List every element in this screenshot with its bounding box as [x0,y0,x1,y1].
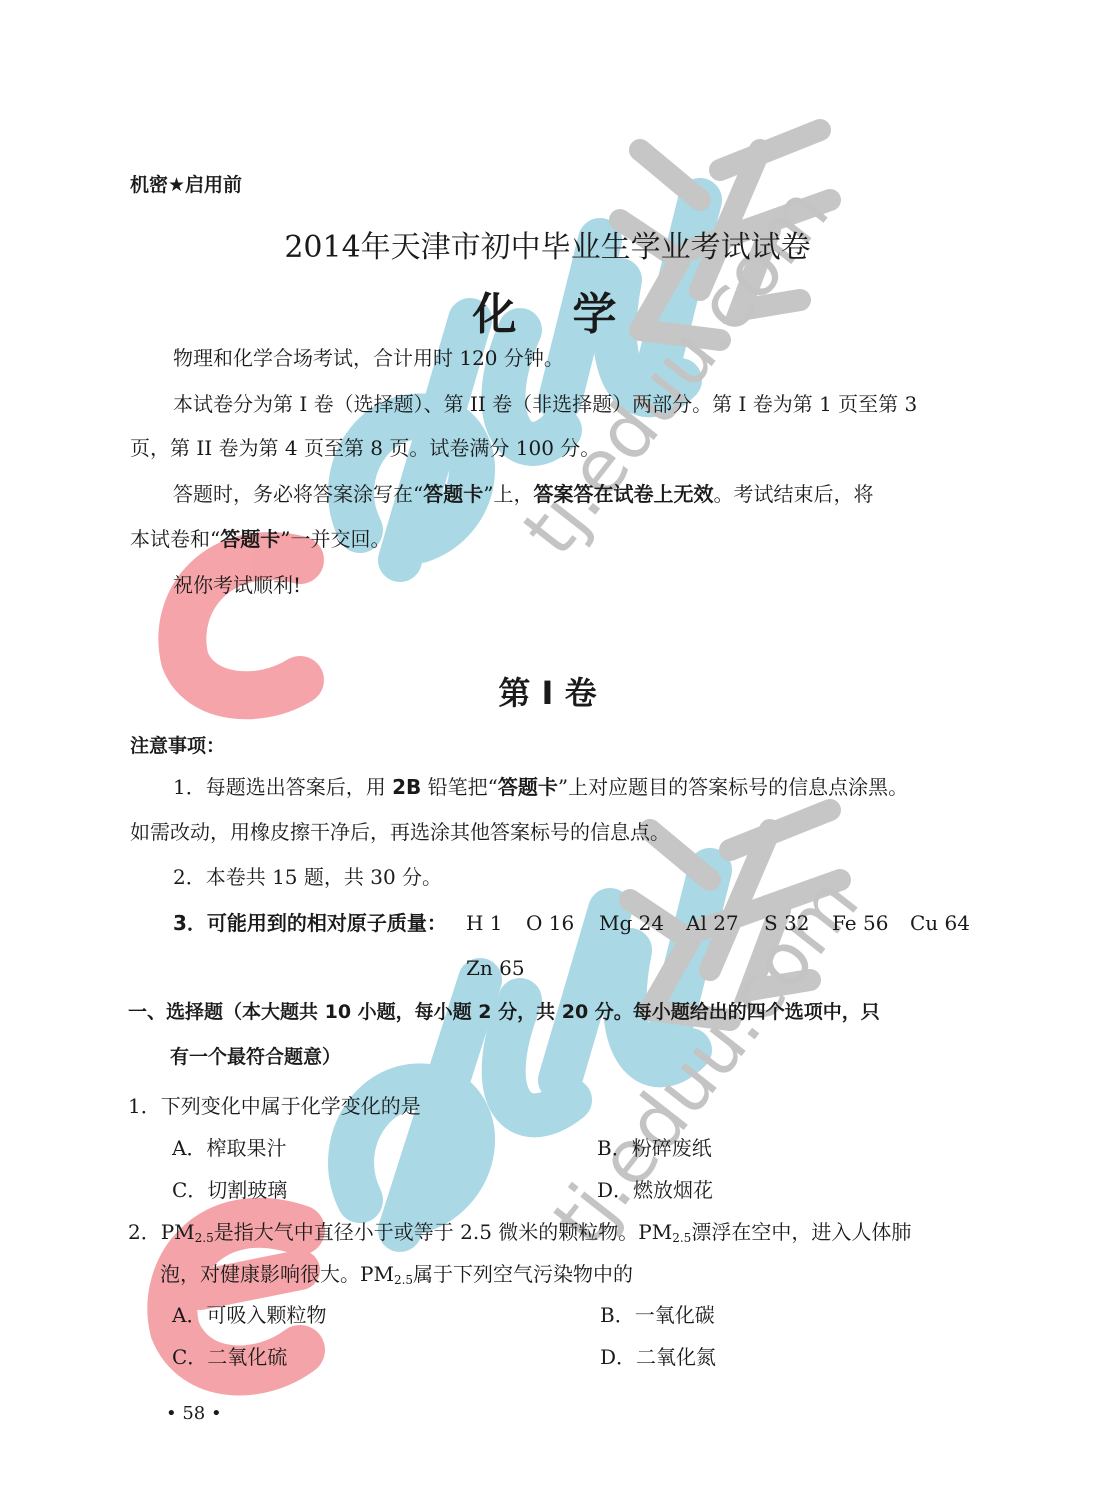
text: 。考试结束后，将 [713,482,873,506]
text: 本试卷和“ [130,527,220,551]
atomic-mass-zn: Zn 65 [466,958,525,978]
question-1-option-a: A．榨取果汁 [172,1138,286,1158]
note-2: 2．本卷共 15 题，共 30 分。 [173,867,442,887]
question-2-option-c: C．二氧化硫 [172,1347,287,1367]
subscript: 2.5 [672,1231,691,1245]
atomic-mass-o: O 16 [526,913,574,933]
text: ”一并交回。 [280,527,390,551]
subscript: 2.5 [394,1273,413,1287]
question-2-stem-a: 2．PM2.5是指大气中直径小于或等于 2.5 微米的颗粒物。PM2.5漂浮在空… [128,1222,911,1244]
atomic-mass-h: H 1 [466,913,503,933]
text: 漂浮在空中，进入人体肺 [691,1220,911,1244]
question-2-stem-b: 泡，对健康影响很大。PM2.5属于下列空气污染物中的 [160,1264,633,1286]
note-1b: 如需改动，用橡皮擦干净后，再选涂其他答案标号的信息点。 [130,822,670,842]
part1-heading-a: 一、选择题（本大题共 10 小题，每小题 2 分，共 20 分。每小题给出的四个… [128,1003,880,1022]
text: 1．每题选出答案后，用 [173,775,392,799]
question-1-option-c: C．切割玻璃 [172,1180,287,1200]
text: 答题时，务必将答案涂写在“ [173,482,423,506]
intro-line-answer-b: 本试卷和“答题卡”一并交回。 [130,529,390,549]
page-number: • 58 • [166,1403,222,1424]
atomic-mass-fe: Fe 56 [832,913,888,933]
text: 泡，对健康影响很大。PM [160,1262,394,1286]
question-1-option-d: D．燃放烟花 [597,1180,713,1200]
intro-line-structure-a: 本试卷分为第 I 卷（选择题）、第 II 卷（非选择题）两部分。第 I 卷为第 … [173,394,917,414]
pencil-type: 2B [392,775,421,799]
intro-line-time: 物理和化学合场考试，合计用时 120 分钟。 [173,348,564,368]
section-title: 第 I 卷 [0,668,1095,714]
text: 属于下列空气污染物中的 [413,1262,633,1286]
note-1a: 1．每题选出答案后，用 2B 铅笔把“答题卡”上对应题目的答案标号的信息点涂黑。 [173,777,908,797]
exam-page: tj.eduu.com tj.eduu.com 机密★启用前 2014年天津市初… [0,0,1095,1508]
invalid-answer-warning: 答案答在试卷上无效 [533,482,713,506]
answer-card-term: 答题卡 [423,482,483,506]
question-2-option-a: A．可吸入颗粒物 [172,1305,326,1325]
intro-line-structure-b: 页，第 II 卷为第 4 页至第 8 页。试卷满分 100 分。 [130,438,600,458]
atomic-mass-mg: Mg 24 [599,913,664,933]
confidential-label: 机密★启用前 [130,170,242,197]
text: ”上对应题目的答案标号的信息点涂黑。 [558,775,908,799]
text: 2．PM [128,1220,195,1244]
question-2-option-b: B．一氧化碳 [600,1305,715,1325]
question-1-stem: 1．下列变化中属于化学变化的是 [128,1096,421,1116]
question-2-option-d: D．二氧化氮 [600,1347,716,1367]
answer-card-term: 答题卡 [220,527,280,551]
part1-heading-b: 有一个最符合题意） [170,1048,341,1067]
atomic-mass-cu: Cu 64 [910,913,970,933]
text: ”上， [483,482,533,506]
text: 是指大气中直径小于或等于 2.5 微米的颗粒物。PM [214,1220,672,1244]
notice-heading: 注意事项： [130,731,225,758]
atomic-mass-s: S 32 [764,913,810,933]
subscript: 2.5 [195,1231,214,1245]
intro-line-answer-a: 答题时，务必将答案涂写在“答题卡”上，答案答在试卷上无效。考试结束后，将 [173,484,873,504]
exam-title: 2014年天津市初中毕业生学业考试试卷 [0,222,1095,266]
subject-title: 化 学 [0,278,1095,342]
atomic-mass-label: 3．可能用到的相对原子质量： [173,911,447,935]
atomic-mass-al: Al 27 [686,913,739,933]
note-3: 3．可能用到的相对原子质量： [173,913,447,933]
good-luck-line: 祝你考试顺利! [173,575,301,595]
text: 铅笔把“ [421,775,498,799]
question-1-option-b: B．粉碎废纸 [597,1138,712,1158]
answer-card-term: 答题卡 [498,775,558,799]
